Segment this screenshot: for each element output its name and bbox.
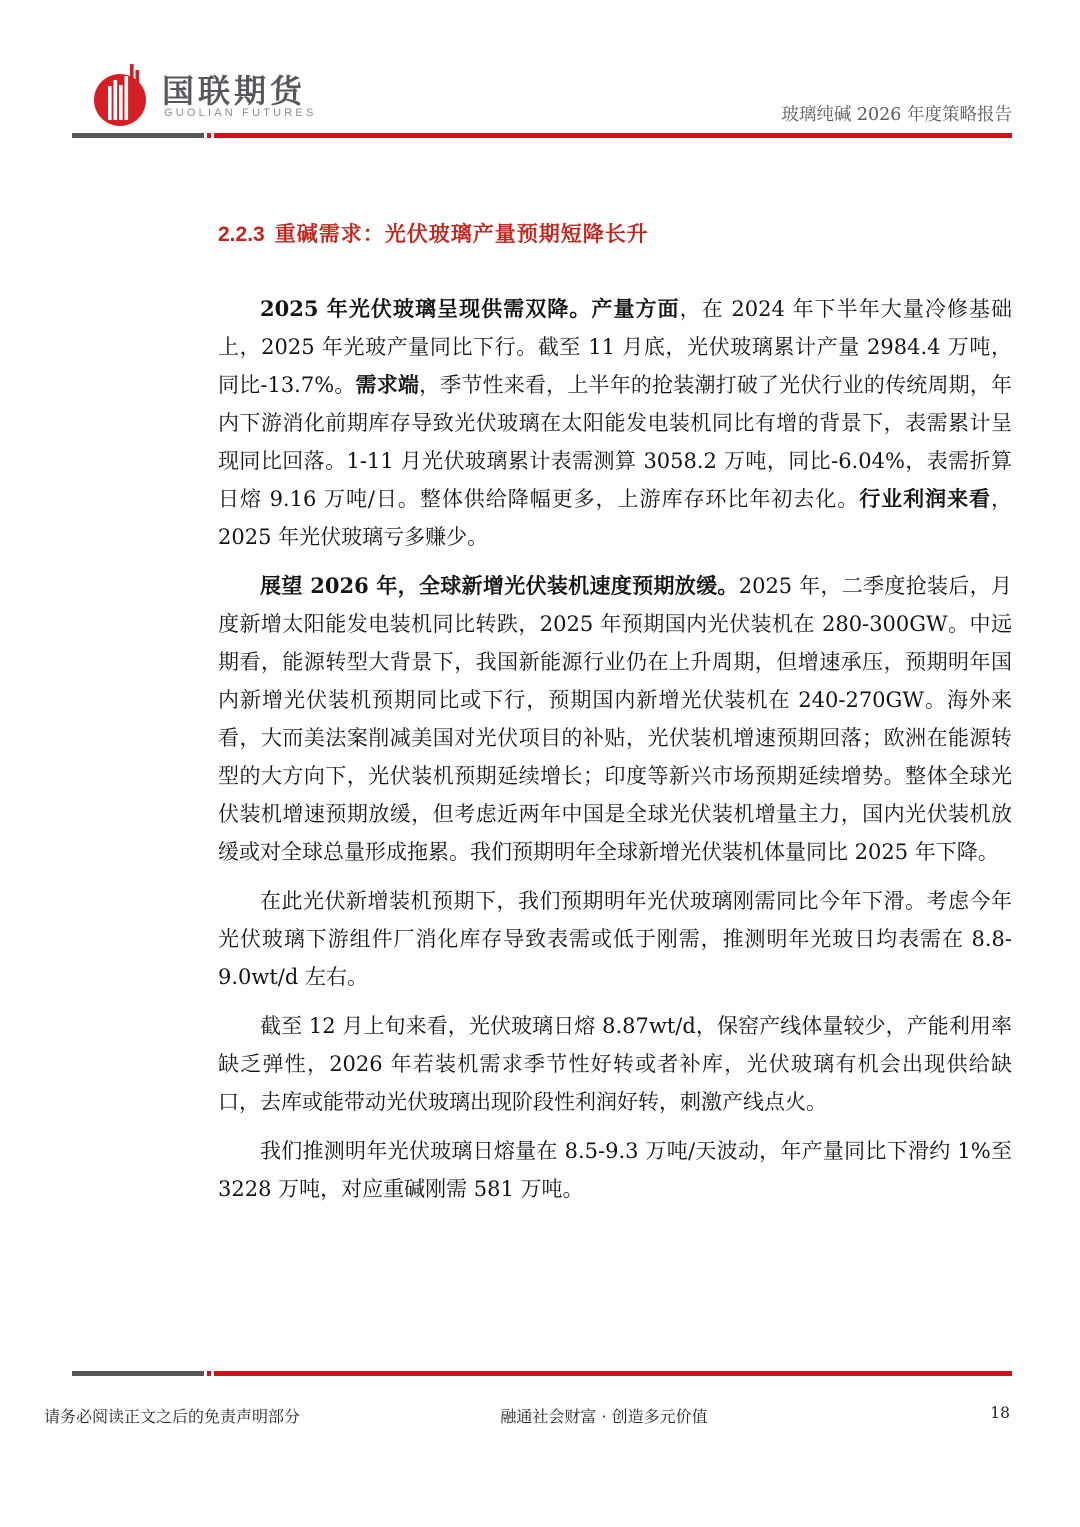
p3-text: 在此光伏新增装机预期下，我们预期明年光伏玻璃刚需同比今年下滑。考虑今年光伏玻璃下… — [218, 889, 1012, 989]
page-number: 18 — [990, 1404, 1010, 1422]
footer-rule-dot — [207, 1371, 211, 1376]
paragraph-5: 我们推测明年光伏玻璃日熔量在 8.5-9.3 万吨/天波动，年产量同比下滑约 1… — [218, 1132, 1012, 1208]
report-title: 玻璃纯碱 2026 年度策略报告 — [781, 101, 1012, 126]
paragraph-1: 2025 年光伏玻璃呈现供需双降。产量方面，在 2024 年下半年大量冷修基础上… — [218, 290, 1012, 556]
p1-bold-keyword-supply: 产量方面 — [591, 296, 679, 321]
section-title: 重碱需求：光伏玻璃产量预期短降长升 — [275, 221, 649, 246]
header-rule-dot — [207, 133, 211, 138]
p1-bold-keyword-demand: 需求端 — [356, 372, 420, 397]
p1-bold-keyword-profit: 行业利润来看 — [859, 486, 991, 511]
header-rule-red-segment — [214, 133, 1012, 138]
footer-rule-red-segment — [214, 1371, 1012, 1376]
logo-text-cn: 国联期货 — [162, 66, 306, 112]
footer-rule-gray-segment — [72, 1371, 204, 1376]
guolian-futures-logo-icon — [92, 60, 156, 128]
p2-bold-lead: 展望 2026 年，全球新增光伏装机速度预期放缓。 — [260, 573, 739, 598]
footer-disclaimer: 请务必阅读正文之后的免责声明部分 — [44, 1404, 300, 1427]
p4-text: 截至 12 月上旬来看，光伏玻璃日熔 8.87wt/d，保窑产线体量较少，产能利… — [218, 1014, 1012, 1114]
header-rule-gray-segment — [72, 133, 204, 138]
footer-slogan: 融通社会财富 · 创造多元价值 — [500, 1404, 707, 1427]
logo-text-en: GUOLIAN FUTURES — [164, 107, 317, 119]
p1-bold-lead: 2025 年光伏玻璃呈现供需双降。 — [260, 296, 591, 321]
paragraph-4: 截至 12 月上旬来看，光伏玻璃日熔 8.87wt/d，保窑产线体量较少，产能利… — [218, 1007, 1012, 1121]
footer-rule — [72, 1371, 1012, 1376]
header-rule — [72, 133, 1012, 138]
report-page: 国联期货 GUOLIAN FUTURES 玻璃纯碱 2026 年度策略报告 2.… — [0, 0, 1080, 1527]
paragraph-2: 展望 2026 年，全球新增光伏装机速度预期放缓。2025 年，二季度抢装后，月… — [218, 567, 1012, 871]
section-heading: 2.2.3重碱需求：光伏玻璃产量预期短降长升 — [218, 218, 1012, 248]
page-content: 2.2.3重碱需求：光伏玻璃产量预期短降长升 2025 年光伏玻璃呈现供需双降。… — [218, 218, 1012, 1219]
paragraph-3: 在此光伏新增装机预期下，我们预期明年光伏玻璃刚需同比今年下滑。考虑今年光伏玻璃下… — [218, 882, 1012, 996]
section-number: 2.2.3 — [218, 223, 265, 246]
p5-text: 我们推测明年光伏玻璃日熔量在 8.5-9.3 万吨/天波动，年产量同比下滑约 1… — [218, 1139, 1012, 1201]
p2-text: 2025 年，二季度抢装后，月度新增太阳能发电装机同比转跌，2025 年预期国内… — [218, 574, 1012, 864]
